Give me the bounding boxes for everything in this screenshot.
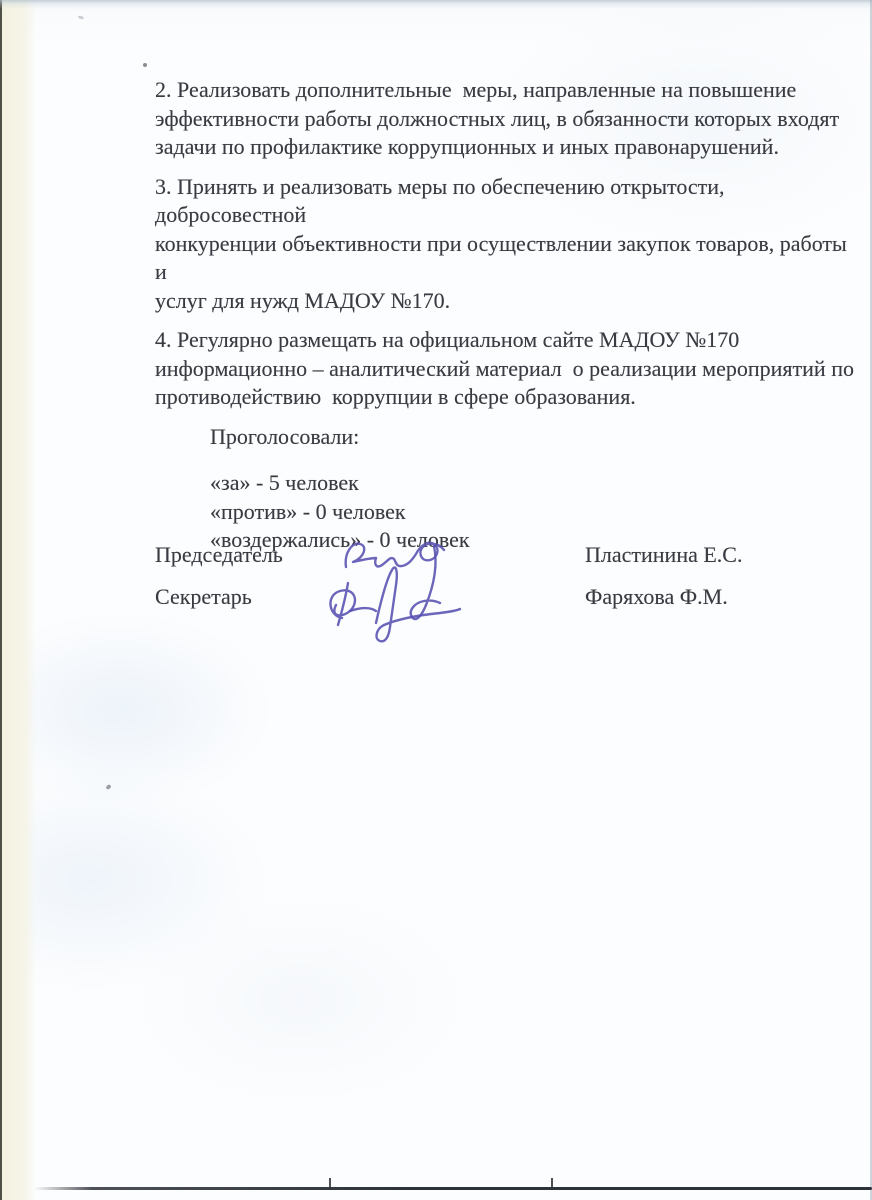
signature-name-chairman: Пластинина Е.С. [585, 541, 742, 570]
resolution-item-3: 3. Принять и реализовать меры по обеспеч… [155, 173, 855, 316]
handwritten-signatures [290, 515, 480, 655]
resolution-item-4: 4. Регулярно размещать на официальном са… [155, 326, 855, 412]
signature-role-secretary: Секретарь [155, 584, 252, 609]
signature-row-chairman: Председатель Пластинина Е.С. [155, 541, 855, 570]
secretary-signature-ink [330, 583, 355, 625]
vote-result-for: «за» - 5 человек [210, 469, 855, 498]
next-page-table-tick [551, 1178, 553, 1190]
next-page-table-edge [34, 1187, 872, 1190]
signature-row-secretary: Секретарь Фаряхова Ф.М. [155, 583, 855, 612]
scan-edge-top-shadow [0, 0, 872, 9]
paragraph-line: услуг для нужд МАДОУ №170. [155, 287, 855, 316]
scan-speck [105, 784, 111, 790]
voting-heading: Проголосовали: [155, 423, 855, 452]
scanned-document-page: 2. Реализовать дополнительные меры, напр… [0, 0, 872, 1200]
scan-speck [78, 15, 85, 19]
scan-edge-left-strip [2, 0, 36, 1200]
paragraph-line: 3. Принять и реализовать меры по обеспеч… [155, 173, 855, 230]
paragraph-line: конкуренции объективности при осуществле… [155, 230, 855, 287]
document-body: 2. Реализовать дополнительные меры, напр… [155, 76, 855, 555]
paragraph-line: 2. Реализовать дополнительные меры, напр… [155, 76, 855, 105]
scan-speck [143, 63, 147, 67]
paragraph-line: задачи по профилактике коррупционных и и… [155, 133, 855, 162]
next-page-table-tick [329, 1178, 331, 1190]
paragraph-line: 4. Регулярно размещать на официальном са… [155, 326, 855, 355]
paragraph-line: информационно – аналитический материал о… [155, 355, 855, 384]
signature-role-chairman: Председатель [155, 542, 283, 567]
signature-name-secretary: Фаряхова Ф.М. [585, 583, 728, 612]
paragraph-line: противодействию коррупции в сфере образо… [155, 383, 855, 412]
paragraph-line: эффективности работы должностных лиц, в … [155, 105, 855, 134]
chairman-signature-ink [346, 543, 444, 567]
resolution-item-2: 2. Реализовать дополнительные меры, напр… [155, 76, 855, 162]
secretary-signature-tail-ink [350, 567, 460, 641]
scan-edge-left-line [0, 0, 2, 1200]
